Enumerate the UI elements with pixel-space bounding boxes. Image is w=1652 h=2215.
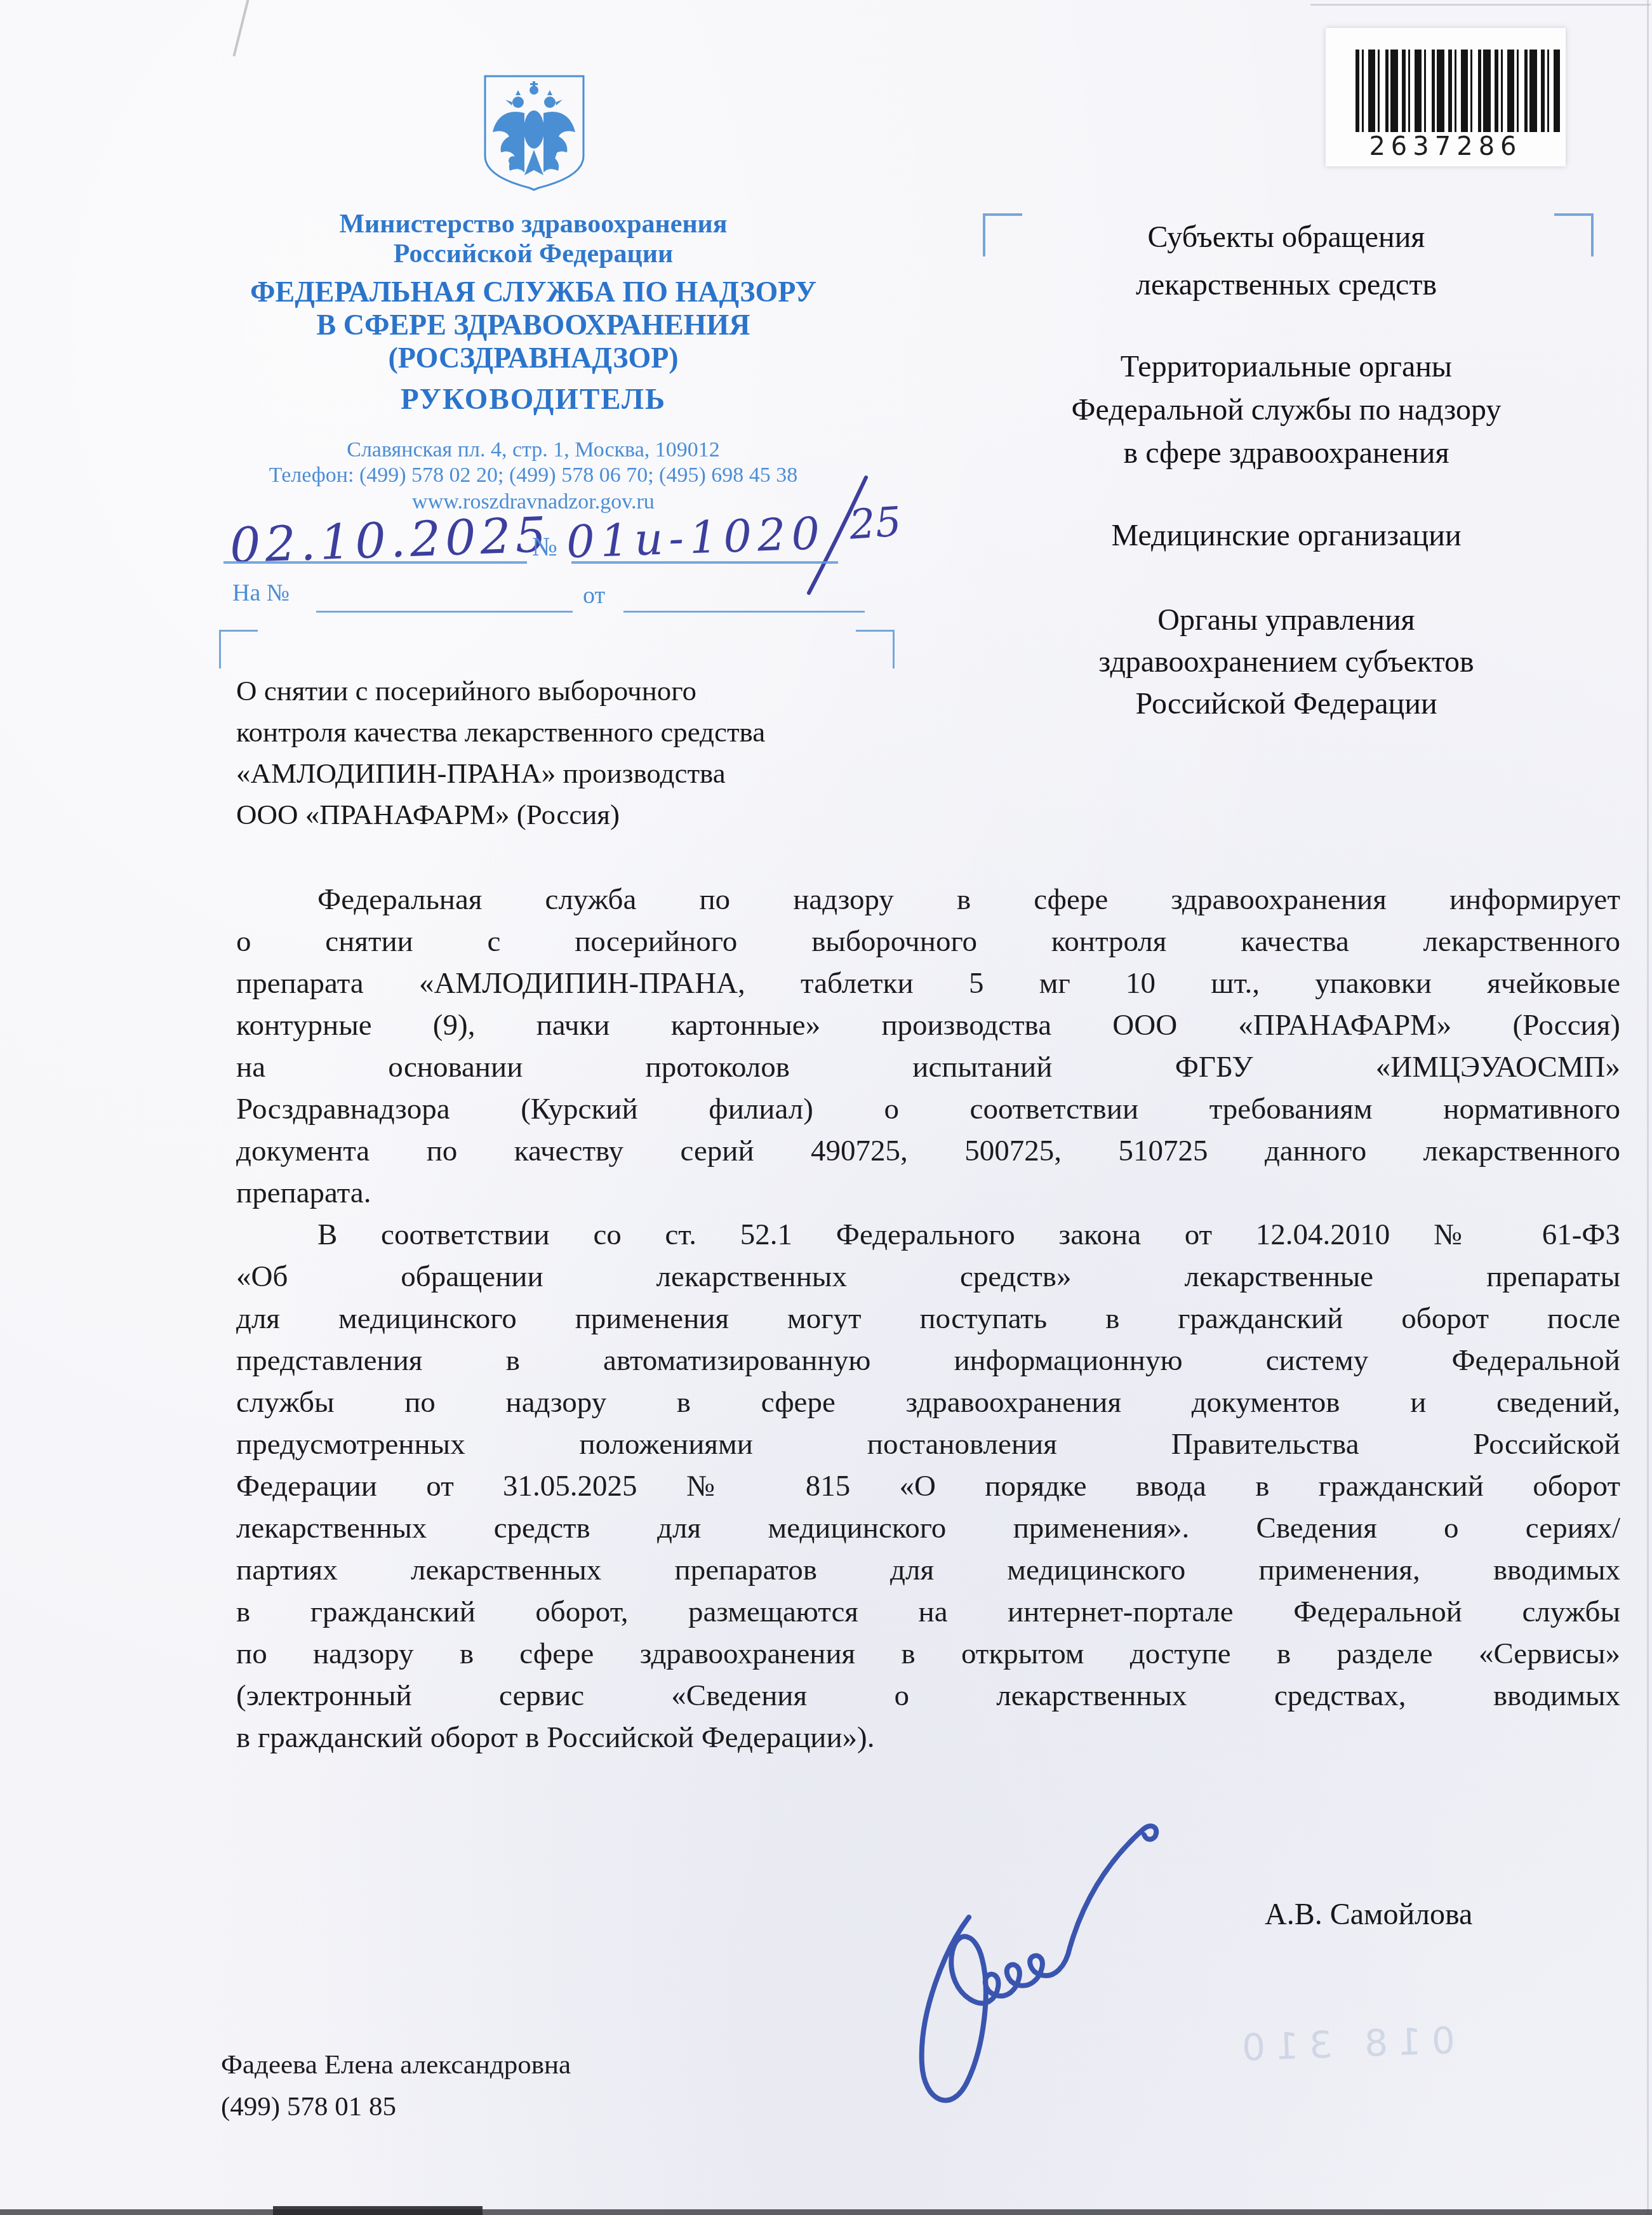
addressee-line: Территориальные органы [1001,345,1572,389]
number-sign: № [532,532,557,562]
scan-pencil-mark [232,0,250,57]
scanned-letter-page: 2637286 [0,0,1652,2215]
addressee-line: лекарственных средств [1001,261,1572,309]
addressee-line: Российской Федерации [1001,683,1572,725]
executor-name: Фадеева Елена александровна [221,2049,571,2080]
barcode [1356,50,1560,132]
subject-text: О снятии с посерийного выборочного контр… [236,670,896,835]
addressee-block: Субъекты обращения лекарственных средств [1001,213,1572,309]
body-line: Росздравнадзора (Курский филиал) о соотв… [236,1088,1620,1130]
body-line: службы по надзору в сфере здравоохранени… [236,1381,1620,1423]
body-line: (электронный сервис «Сведения о лекарств… [236,1675,1620,1717]
service-line: В СФЕРЕ ЗДРАВООХРАНЕНИЯ [171,309,895,342]
subject-line: «АМЛОДИПИН-ПРАНА» производства [236,753,896,794]
scan-edge-bottom-dark [273,2206,483,2215]
body-paragraphs: Федеральная служба по надзору в сфере зд… [236,879,1620,1759]
russia-coat-of-arms-icon [480,74,589,192]
body-line: препарата «АМЛОДИПИН-ПРАНА, таблетки 5 м… [236,962,1620,1004]
signer-name: А.В. Самойлова [1265,1897,1569,1932]
body-line: партиях лекарственных препаратов для мед… [236,1549,1620,1591]
body-line: Федерации от 31.05.2025 № 815 «О порядке… [236,1465,1620,1507]
date-underline [223,561,527,564]
addressee-line: в сфере здравоохранения [1001,432,1572,475]
body-line: о снятии с посерийного выборочного контр… [236,921,1620,962]
addressee-block: Медицинские организации [1001,514,1572,557]
reply-date-underline [623,611,865,613]
body-line: лекарственных средств для медицинского п… [236,1507,1620,1549]
scan-edge-right [1647,0,1649,2215]
body-line: на основании протоколов испытаний ФГБУ «… [236,1046,1620,1088]
outgoing-number-handwritten: 01и-1020 [566,507,827,568]
scan-bleedthrough-text: 018 310 [1231,2019,1456,2070]
signature-autograph-icon [894,1802,1211,2132]
addressee-line: Медицинские организации [1001,514,1572,557]
subject-line: О снятии с посерийного выборочного [236,670,896,712]
reply-from-label: от [583,582,605,609]
scan-edge-streak [1310,4,1651,6]
body-line: В соответствии со ст. 52.1 Федерального … [236,1214,1620,1256]
body-line: в гражданский оборот, размещаются на инт… [236,1591,1620,1633]
barcode-number: 2637286 [1326,132,1566,161]
address-line: Славянская пл. 4, стр. 1, Москва, 109012 [171,437,895,463]
ministry-line: Министерство здравоохранения [171,210,895,239]
service-line: ФЕДЕРАЛЬНАЯ СЛУЖБА ПО НАДЗОРУ [171,276,895,309]
subject-line: контроля качества лекарственного средств… [236,712,896,753]
body-line: Федеральная служба по надзору в сфере зд… [236,879,1620,921]
body-line: документа по качеству серий 490725, 5007… [236,1130,1620,1172]
subject-bracket-right-icon [856,630,895,668]
addressee-block: Территориальные органы Федеральной служб… [1001,345,1572,475]
barcode-label: 2637286 [1326,28,1566,166]
number-underline [571,561,838,564]
body-line: в гражданский оборот в Российской Федера… [236,1717,1620,1759]
ministry-name: Министерство здравоохранения Российской … [171,210,895,269]
position-title: РУКОВОДИТЕЛЬ [171,382,895,416]
body-line: контурные (9), пачки картонные» производ… [236,1004,1620,1046]
service-name: ФЕДЕРАЛЬНАЯ СЛУЖБА ПО НАДЗОРУ В СФЕРЕ ЗД… [171,276,895,375]
scan-edge-bottom [0,2209,1652,2215]
body-line: для медицинского применения могут поступ… [236,1298,1620,1340]
body-line: препарата. [236,1172,1620,1214]
addressee-line: Органы управления [1001,599,1572,641]
body-line: представления в автоматизированную инфор… [236,1340,1620,1381]
body-line: «Об обращении лекарственных средств» лек… [236,1256,1620,1298]
subject-line: ООО «ПРАНАФАРМ» (Россия) [236,794,896,835]
outgoing-number-tail-handwritten: 25 [848,498,903,549]
reply-label: На № [232,579,290,607]
ministry-line: Российской Федерации [171,239,895,269]
executor-phone: (499) 578 01 85 [221,2091,396,2122]
addressee-line: Федеральной службы по надзору [1001,389,1572,432]
addressee-line: здравоохранением субъектов [1001,641,1572,683]
subject-bracket-left-icon [219,630,258,668]
phone-line: Телефон: (499) 578 02 20; (499) 578 06 7… [171,463,895,488]
body-line: по надзору в сфере здравоохранения в отк… [236,1633,1620,1675]
addressee-block: Органы управления здравоохранением субъе… [1001,599,1572,725]
reply-number-underline [316,611,573,613]
service-line: (РОСЗДРАВНАДЗОР) [171,342,895,375]
addressee-line: Субъекты обращения [1001,213,1572,261]
body-line: предусмотренных положениями постановлени… [236,1423,1620,1465]
